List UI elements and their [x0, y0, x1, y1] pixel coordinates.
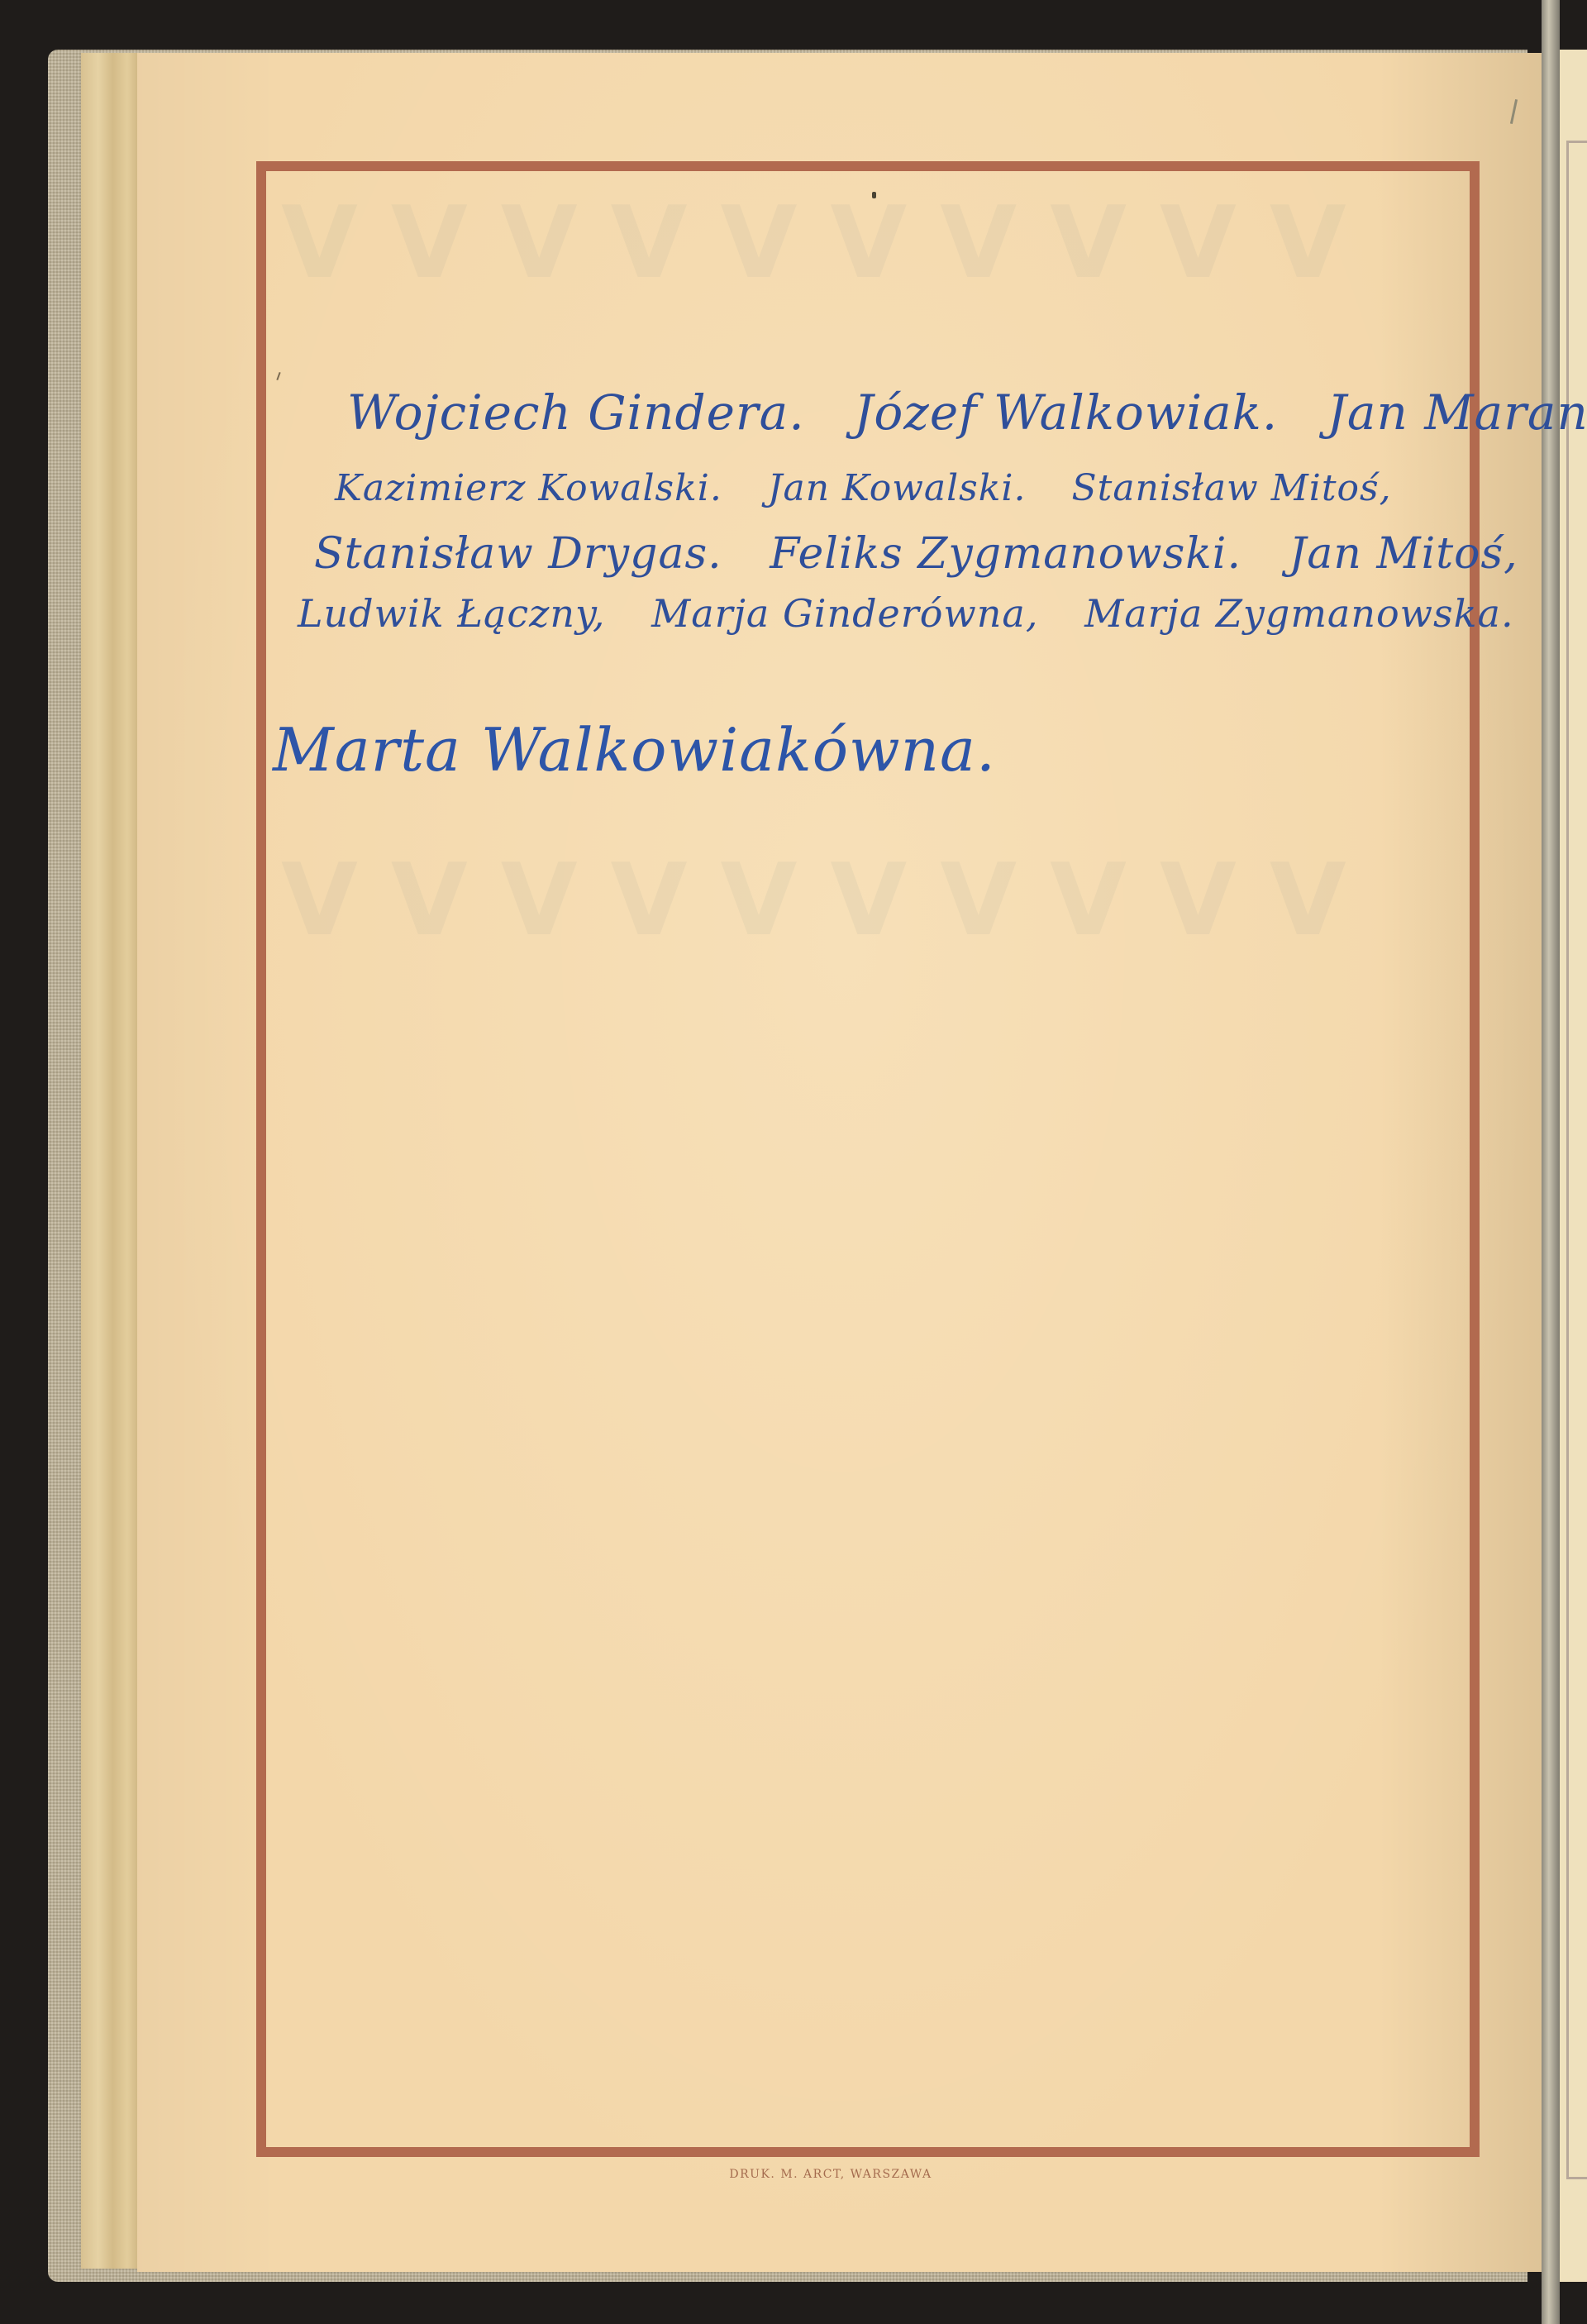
handwritten-name: Wojciech Gindera. [347, 384, 805, 441]
handwritten-name: Jan Kowalski. [768, 467, 1027, 509]
handwritten-name: Marja Ginderówna, [651, 591, 1038, 636]
page-border-frame [256, 161, 1480, 2157]
handwritten-name: Jan Mitoś, [1289, 529, 1518, 579]
handwritten-name: Ludwik Łączny, [298, 591, 606, 636]
ink-speck [872, 192, 876, 198]
handwritten-line-3: Stanisław Drygas. Feliks Zygmanowski. Ja… [314, 529, 1518, 579]
handwritten-line-2: Kazimierz Kowalski. Jan Kowalski. Stanis… [335, 467, 1392, 509]
handwritten-name: Marja Zygmanowska. [1084, 591, 1514, 636]
handwritten-name: Feliks Zygmanowski. [770, 529, 1241, 579]
handwritten-line-5: Marta Walkowiakówna. [273, 715, 996, 785]
handwritten-line-4: Ludwik Łączny, Marja Ginderówna, Marja Z… [298, 591, 1514, 636]
handwritten-name: Marta Walkowiakówna. [273, 715, 996, 785]
handwritten-name: Stanisław Mitoś, [1072, 467, 1392, 509]
next-page-frame [1566, 141, 1587, 2179]
printer-imprint: DRUK. M. ARCT, WARSZAWA [0, 2168, 1587, 2181]
handwritten-name: Józef Walkowiak. [854, 384, 1278, 441]
handwritten-line-1: Wojciech Gindera. Józef Walkowiak. Jan M… [347, 384, 1587, 441]
handwritten-name: Jan Maraniak [1327, 384, 1587, 441]
handwritten-name: Stanisław Drygas. [314, 529, 722, 579]
book-gutter [1542, 0, 1560, 2324]
handwritten-name: Kazimierz Kowalski. [335, 467, 722, 509]
page-edges [81, 53, 139, 2269]
